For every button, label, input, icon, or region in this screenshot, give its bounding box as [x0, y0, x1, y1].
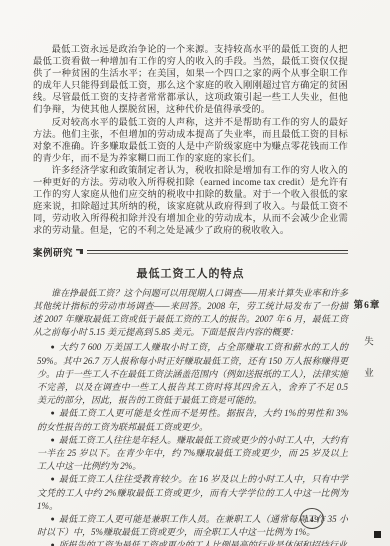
case-study-label: 案例研究: [33, 245, 73, 259]
bullet-icon: ●: [51, 409, 60, 417]
bullet-item: ●所报告的工资为最低工资或更少的工人比例最高的行业是休闲和招待行业: [33, 539, 348, 546]
bullet-icon: ●: [51, 541, 59, 546]
case-study-section: 案例研究 最低工资工人的特点 谁在挣最低工资？这个问题可以用现期人口调查——用来…: [33, 246, 348, 546]
body-paragraph: 反对较高水平的最低工资的人声称，这并不是帮助有工作的穷人的最好方法。他们主张，不…: [33, 117, 348, 165]
page-number-badge: 149: [300, 508, 324, 529]
bullet-icon: ●: [51, 436, 59, 444]
case-study-title: 最低工资工人的特点: [33, 265, 348, 281]
ornament-icon: [76, 249, 83, 254]
bullet-icon: ●: [51, 515, 59, 523]
case-study-body: 谁在挣最低工资？这个问题可以用现期人口调查——用来计算失业率和许多其他统计指标的…: [33, 287, 348, 546]
body-paragraph: 许多经济学家和政策制定者认为，税收扣除是增加有工作的穷人收入的一种更好的方法。劳…: [33, 165, 348, 238]
chapter-number: 第6章: [346, 297, 388, 311]
bullet-text: 所报告的工资为最低工资或更少的工人比例最高的行业是休闲和招待行业: [59, 540, 347, 546]
bullet-item: ●最低工资工人往往是年轻人。赚取最低工资或更少的小时工人中，大约有一半在 25 …: [33, 434, 348, 474]
bullet-text: 最低工资工人更可能是女性而不是男性。据报告，大约 1%的男性和 3%的女性报告的…: [37, 408, 348, 431]
body-paragraph: 最低工资永远是政治争论的一个来源。支持较高水平的最低工资的人把最低工资看做一种增…: [33, 44, 348, 117]
double-rule-divider: [87, 250, 348, 254]
corner-mark: [374, 531, 381, 538]
bullet-text: 最低工资工人往往是年轻人。赚取最低工资或更少的小时工人中，大约有一半在 25 岁…: [37, 435, 348, 471]
bullet-item: ●大约 7 600 万美国工人赚取小时工资，占全部赚取工资和薪水的工人的 59%…: [33, 341, 348, 407]
chapter-title-vertical: 失业: [360, 327, 374, 407]
case-study-header: 案例研究: [33, 246, 348, 258]
book-page: 最低工资永远是政治争论的一个来源。支持较高水平的最低工资的人把最低工资看做一种增…: [0, 0, 390, 546]
bullet-text: 最低工资工人往往受教育较少。在 16 岁及以上的小时工人中，只有中学文凭的工人中…: [37, 474, 348, 510]
bullet-item: ●最低工资工人更可能是女性而不是男性。据报告，大约 1%的男性和 3%的女性报告…: [33, 407, 348, 433]
bullet-icon: ●: [51, 475, 59, 483]
case-study-intro: 谁在挣最低工资？这个问题可以用现期人口调查——用来计算失业率和许多其他统计指标的…: [33, 287, 348, 340]
bullet-icon: ●: [51, 343, 60, 351]
bullet-item: ●最低工资工人往往受教育较少。在 16 岁及以上的小时工人中，只有中学文凭的工人…: [33, 473, 348, 513]
text-column: 最低工资永远是政治争论的一个来源。支持较高水平的最低工资的人把最低工资看做一种增…: [33, 44, 348, 546]
chapter-sidebar: 第6章 失业: [346, 297, 388, 407]
bullet-text: 大约 7 600 万美国工人赚取小时工资，占全部赚取工资和薪水的工人的 59%。…: [37, 342, 348, 405]
